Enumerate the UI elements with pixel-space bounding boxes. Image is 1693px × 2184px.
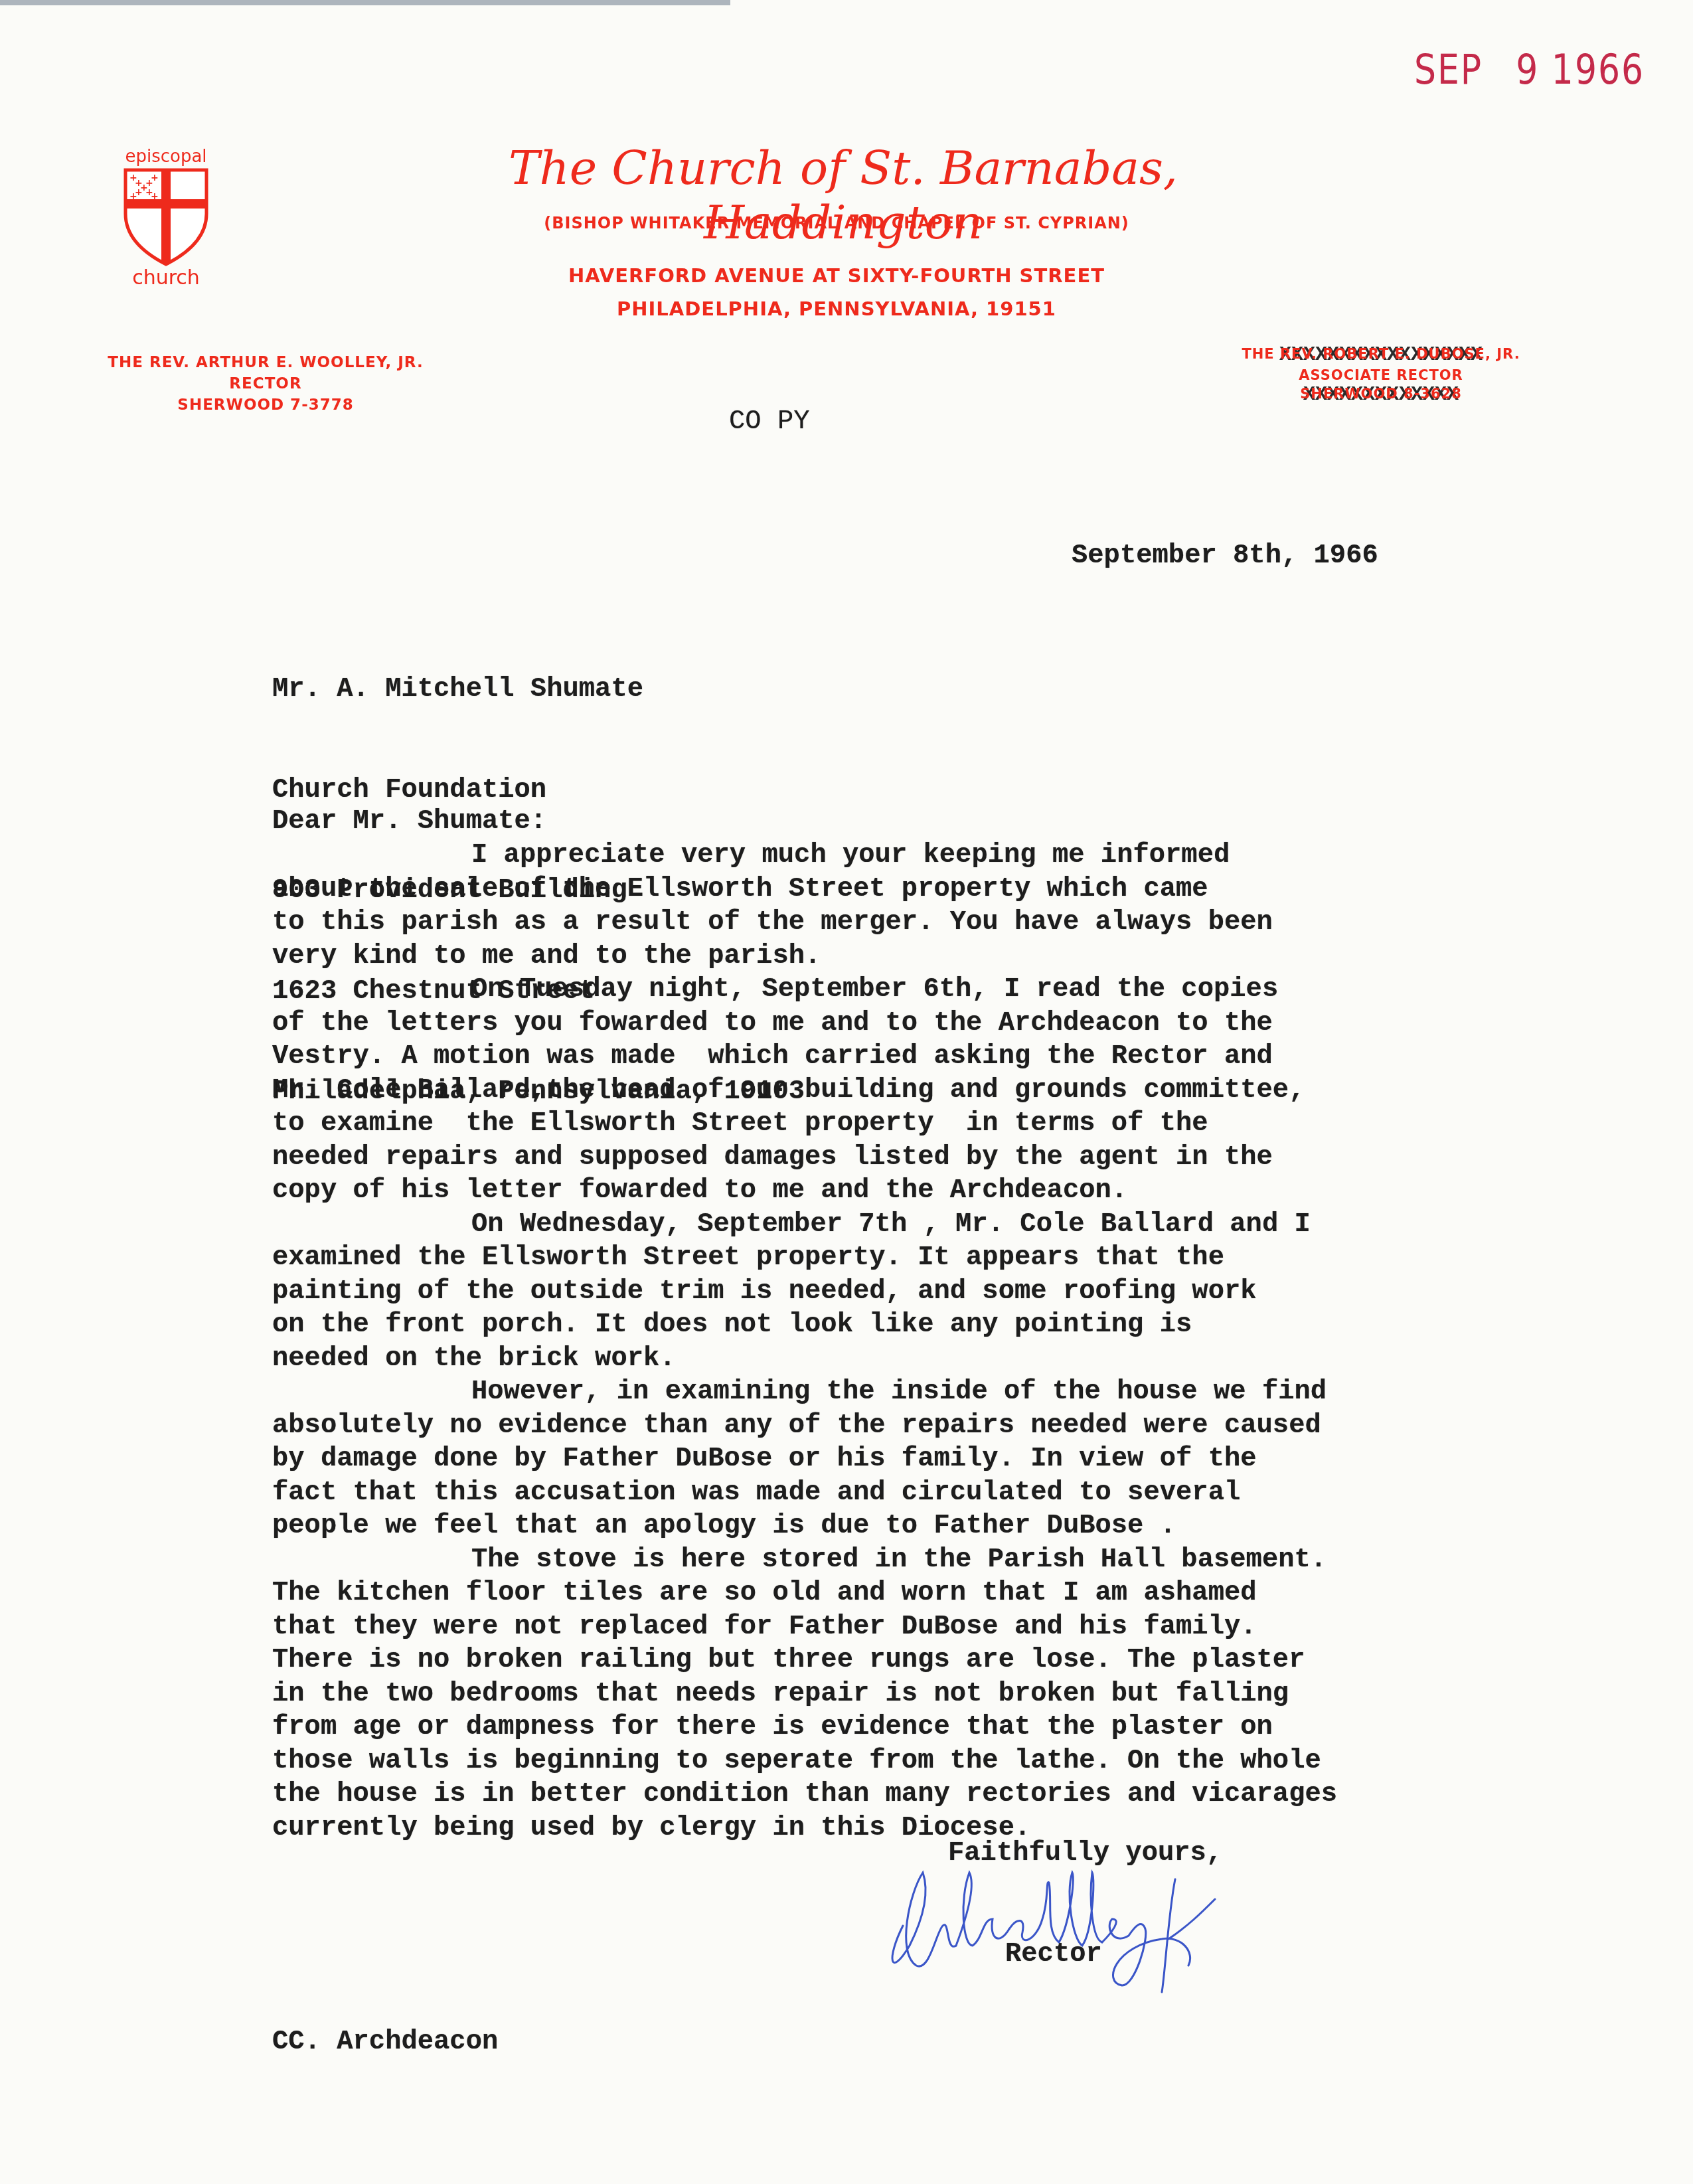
body-line: Mr. Cole Ballard,the head of our buildin… [272,1074,1337,1108]
associate-phone: SHERWOOD 8-3628 [1182,384,1580,404]
signature-title: Rector [1005,1938,1102,1972]
body-line: needed on the brick work. [272,1342,1337,1376]
body-line: On Tuesday night, September 6th, I read … [272,973,1337,1007]
body-line: those walls is beginning to seperate fro… [272,1744,1337,1778]
recipient-line: Mr. A. Mitchell Shumate [272,673,805,707]
church-address: HAVERFORD AVENUE AT SIXTY-FOURTH STREET … [505,259,1169,325]
logo-top-text: episcopal [118,147,214,166]
rector-title: RECTOR [73,373,458,394]
logo-bottom-text: church [118,268,214,288]
body-line: needed repairs and supposed damages list… [272,1141,1337,1175]
svg-text:+: + [151,191,159,202]
church-name: The Church of St. Barnabas, Haddington [425,141,1261,250]
body-line: very kind to me and to the parish. [272,940,1337,973]
church-subtitle: (BISHOP WHITAKER MEMORIAL AND CHAPEL OF … [505,214,1169,232]
associate-title: ASSOCIATE RECTOR [1182,365,1580,385]
rector-phone: SHERWOOD 7-3778 [73,394,458,416]
body-line: from age or dampness for there is eviden… [272,1711,1337,1744]
body-line: to this parish as a result of the merger… [272,906,1337,940]
body-line: fact that this accusation was made and c… [272,1476,1337,1510]
body-line: of the letters you fowarded to me and to… [272,1007,1337,1041]
salutation: Dear Mr. Shumate: [272,805,546,839]
associate-name-struck: XXXXXXXXXXXXXXXXX THE REV. ROBERT E. DUB… [1182,345,1580,365]
episcopal-church-logo: episcopal ++ ++ + ++ ++ church [118,147,214,288]
address-line-2: PHILADELPHIA, PENNSYLVANIA, 19151 [505,292,1169,325]
body-line: examined the Ellsworth Street property. … [272,1241,1337,1275]
body-line: painting of the outside trim is needed, … [272,1275,1337,1309]
letter-date: September 8th, 1966 [1072,539,1378,573]
associate-phone-struck: XXXXXXXXXXXXX SHERWOOD 8-3628 [1182,385,1580,405]
stamp-year: 1966 [1552,46,1645,94]
scan-edge [0,0,730,5]
body-line: I appreciate very much your keeping me i… [272,839,1337,873]
body-line: Vestry. A motion was made which carried … [272,1040,1337,1074]
body-line: by damage done by Father DuBose or his f… [272,1442,1337,1476]
body-line: copy of his letter fowarded to me and th… [272,1174,1337,1208]
body-line: about the sale of the Ellsworth Street p… [272,873,1337,906]
associate-name: THE REV. ROBERT E. DUBOSE, JR. [1182,344,1580,364]
received-date-stamp: SEP9 1966 [1414,46,1645,94]
address-line-1: HAVERFORD AVENUE AT SIXTY-FOURTH STREET [505,259,1169,292]
body-line: the house is in better condition than ma… [272,1778,1337,1811]
body-line: However, in examining the inside of the … [272,1375,1337,1409]
rector-contact-block: THE REV. ARTHUR E. WOOLLEY, JR. RECTOR S… [73,352,458,416]
body-line: There is no broken railing but three run… [272,1643,1337,1677]
episcopal-shield-icon: ++ ++ + ++ ++ [123,167,209,267]
body-line: to examine the Ellsworth Street property… [272,1107,1337,1141]
body-line: absolutely no evidence than any of the r… [272,1409,1337,1443]
body-line: people we feel that an apology is due to… [272,1509,1337,1543]
body-line: The stove is here stored in the Parish H… [272,1543,1337,1577]
handwritten-signature [883,1853,1348,2005]
body-line: The kitchen floor tiles are so old and w… [272,1576,1337,1610]
body-line: On Wednesday, September 7th , Mr. Cole B… [272,1208,1337,1242]
carbon-copy: CC. Archdeacon [272,2025,498,2059]
recipient-line: Church Foundation [272,774,805,807]
associate-rector-block: XXXXXXXXXXXXXXXXX THE REV. ROBERT E. DUB… [1182,345,1580,405]
letter-body: I appreciate very much your keeping me i… [272,839,1337,1845]
rector-name: THE REV. ARTHUR E. WOOLLEY, JR. [73,352,458,373]
body-line: on the front porch. It does not look lik… [272,1308,1337,1342]
svg-text:+: + [129,191,137,202]
body-line: in the two bedrooms that needs repair is… [272,1677,1337,1711]
stamp-day: 9 [1516,46,1539,94]
body-line: that they were not replaced for Father D… [272,1610,1337,1644]
copy-mark: CO PY [729,405,810,439]
stamp-month: SEP [1414,46,1483,94]
